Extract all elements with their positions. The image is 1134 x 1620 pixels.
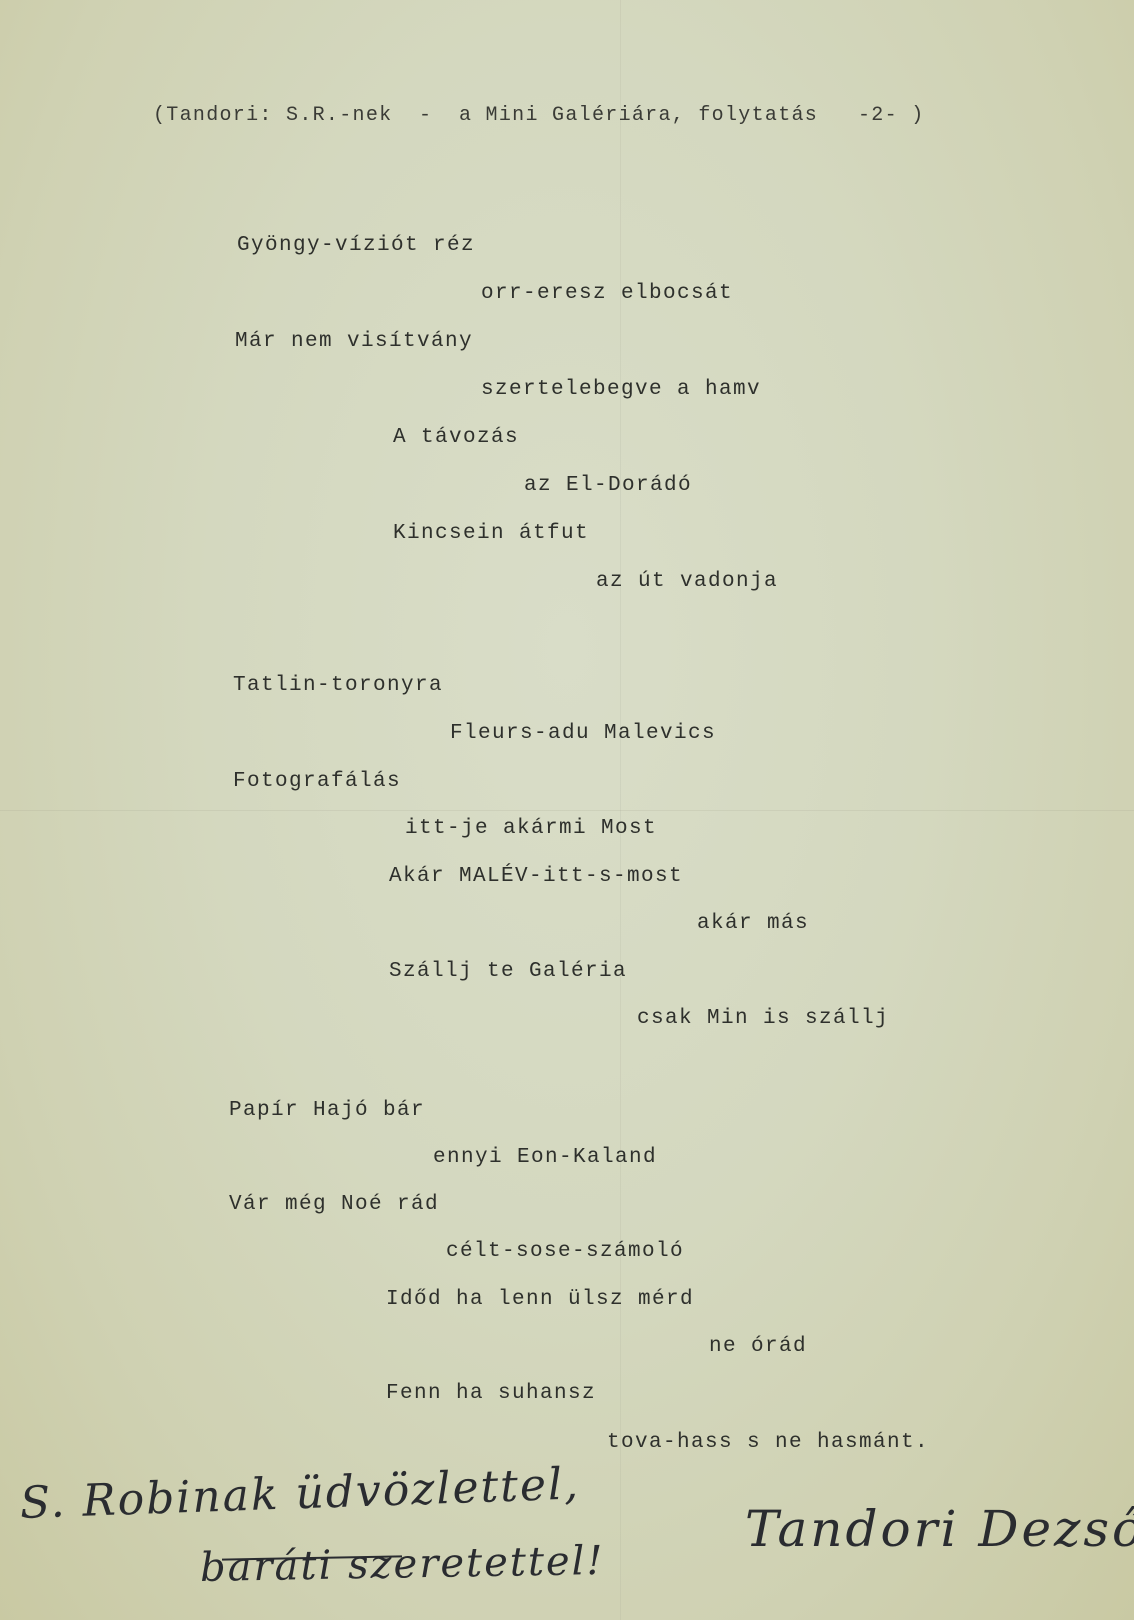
handwritten-dedication-line1: S. Robinak üdvözlettel, (19, 1458, 581, 1529)
poem-line: Gyöngy-víziót réz (237, 235, 475, 256)
poem-line: Tatlin-toronyra (233, 675, 443, 696)
poem-line: csak Min is szállj (637, 1008, 889, 1029)
poem-line: ne órád (709, 1336, 807, 1357)
paper-fold-horizontal (0, 810, 1134, 811)
typewritten-page: (Tandori: S.R.-nek - a Mini Galériára, f… (0, 0, 1134, 1620)
poem-line: Szállj te Galéria (389, 961, 627, 982)
poem-line: az út vadonja (596, 571, 778, 592)
document-header: (Tandori: S.R.-nek - a Mini Galériára, f… (153, 106, 925, 126)
poem-line: tova-hass s ne hasmánt. (607, 1432, 929, 1453)
poem-line: ennyi Eon-Kaland (433, 1147, 657, 1168)
poem-line: Papír Hajó bár (229, 1100, 425, 1121)
poem-line: szertelebegve a hamv (481, 379, 761, 400)
poem-line: Fotografálás (233, 771, 401, 792)
poem-line: A távozás (393, 427, 519, 448)
handwritten-dedication-line2: baráti szeretettel! (200, 1538, 605, 1591)
poem-line: Időd ha lenn ülsz mérd (386, 1289, 694, 1310)
paper-fold-vertical (620, 0, 621, 1620)
poem-line: akár más (697, 913, 809, 934)
poem-line: Akár MALÉV-itt-s-most (389, 866, 683, 887)
poem-line: az El-Dorádó (524, 475, 692, 496)
poem-line: itt-je akármi Most (405, 818, 657, 839)
poem-line: Vár még Noé rád (229, 1194, 439, 1215)
author-signature: Tandori Dezső (745, 1500, 1134, 1558)
poem-line: orr-eresz elbocsát (481, 283, 733, 304)
poem-line: Fenn ha suhansz (386, 1383, 596, 1404)
poem-line: célt-sose-számoló (446, 1241, 684, 1262)
poem-line: Kincsein átfut (393, 523, 589, 544)
poem-line: Fleurs-adu Malevics (450, 723, 716, 744)
poem-line: Már nem visítvány (235, 331, 473, 352)
